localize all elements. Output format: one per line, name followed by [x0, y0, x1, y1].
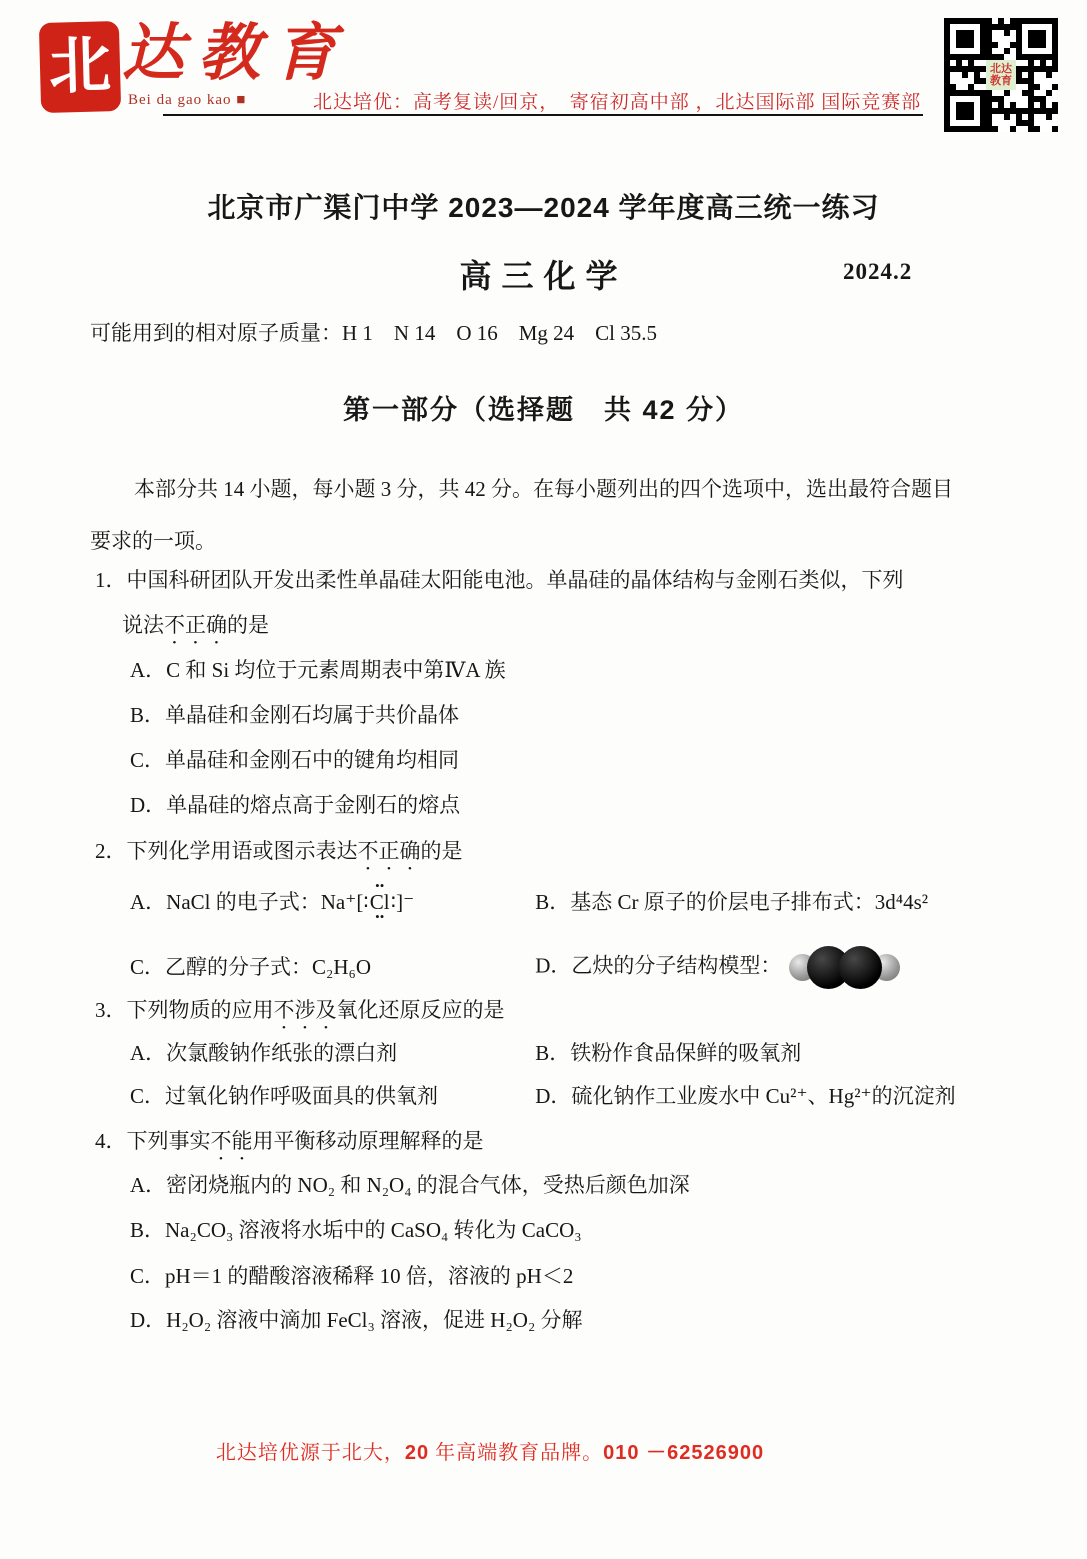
qr-module: [1052, 66, 1058, 72]
lewis-formula-prefix: A．NaCl 的电子式：Na⁺[∶: [130, 890, 369, 914]
qr-module: [992, 42, 998, 48]
question-2-options-row-1: A．NaCl 的电子式：Na⁺[∶••Cl••∶]⁻ B．基态 Cr 原子的价层…: [130, 887, 928, 915]
qr-module: [1046, 90, 1052, 96]
header-divider: [163, 114, 923, 116]
qr-module: [1040, 42, 1046, 48]
atomic-masses-line: 可能用到的相对原子质量：H 1 N 14 O 16 Mg 24 Cl 35.5: [90, 320, 657, 346]
question-3-option-b: B．铁粉作食品保鲜的吸氧剂: [535, 1040, 801, 1066]
question-1-stem-emphasis: 不正确: [164, 613, 227, 637]
question-4-option-b: B．Na₂CO₃ 溶液将水垢中的 CaSO₄ 转化为 CaCO₃: [130, 1217, 582, 1243]
brand-seal-character: 北: [48, 35, 112, 99]
question-1-option-d: D．单晶硅的熔点高于金刚石的熔点: [130, 792, 460, 818]
question-1-option-b: B．单晶硅和金刚石均属于共价晶体: [130, 702, 459, 728]
qr-code-label: 北达 教育: [986, 60, 1016, 90]
question-2-stem-emphasis: 不正确: [358, 839, 421, 863]
question-3-option-a: A．次氯酸钠作纸张的漂白剂: [130, 1040, 530, 1066]
question-2-options-row-2: C．乙醇的分子式：C₂H₆O D．乙炔的分子结构模型：: [130, 946, 900, 989]
qr-module: [1052, 84, 1058, 90]
question-1-option-c: C．单晶硅和金刚石中的键角均相同: [130, 747, 459, 773]
brand-subtitle: Bei da gao kao ■: [128, 92, 246, 109]
qr-module: [962, 72, 968, 78]
question-3-stem-pre: 3．下列物质的应用: [95, 998, 274, 1022]
question-4-stem-emphasis: 不能: [211, 1129, 253, 1153]
question-4-option-d: D．H₂O₂ 溶液中滴加 FeCl₃ 溶液，促进 H₂O₂ 分解: [130, 1307, 583, 1333]
lewis-formula-suffix: ∶]⁻: [391, 890, 415, 914]
exam-paper-page: 北 达教育 Bei da gao kao ■ 北达培优：高考复读/回京， 寄宿初…: [0, 0, 1087, 1559]
qr-module: [1034, 126, 1040, 132]
brand-name-text: 达教育: [122, 20, 350, 88]
question-3-options-row-1: A．次氯酸钠作纸张的漂白剂 B．铁粉作食品保鲜的吸氧剂: [130, 1038, 801, 1066]
qr-module: [1004, 48, 1010, 54]
footer-phone-number: 010 －62526900: [603, 1442, 764, 1464]
question-1-option-a: A．C 和 Si 均位于元素周期表中第ⅣA 族: [130, 657, 506, 683]
footer-text-1: 北达培优源于北大，: [216, 1442, 405, 1464]
lewis-structure: ••Cl••: [369, 889, 391, 915]
section-heading: 第一部分（选择题 共 42 分）: [0, 388, 1087, 427]
qr-code: 北达 教育: [944, 18, 1058, 132]
question-4-stem: 4．下列事实不能用平衡移动原理解释的是: [95, 1128, 484, 1165]
qr-module: [1052, 108, 1058, 114]
question-2-option-d: D．乙炔的分子结构模型：: [535, 946, 900, 989]
question-2-option-c: C．乙醇的分子式：C₂H₆O: [130, 954, 530, 980]
qr-module: [992, 126, 998, 132]
question-4-stem-pre: 4．下列事实: [95, 1129, 211, 1153]
question-2-stem-pre: 2．下列化学用语或图示表达: [95, 839, 358, 863]
question-4-stem-post: 用平衡移动原理解释的是: [253, 1129, 484, 1153]
brand-seal-logo: 北: [41, 23, 119, 111]
qr-module: [1004, 114, 1010, 120]
question-3-options-row-2: C．过氧化钠作呼吸面具的供氧剂 D．硫化钠作工业废水中 Cu²⁺、Hg²⁺的沉淀…: [130, 1081, 956, 1109]
footer-text-2: 年高端教育品牌。: [429, 1442, 603, 1464]
question-2-option-a: A．NaCl 的电子式：Na⁺[∶••Cl••∶]⁻: [130, 889, 530, 915]
qr-module: [1004, 90, 1010, 96]
question-4-option-c: C．pH＝1 的醋酸溶液稀释 10 倍，溶液的 pH＜2: [130, 1263, 573, 1289]
qr-module: [968, 114, 974, 120]
qr-module: [1046, 114, 1052, 120]
footer-contact-line: 北达培优源于北大，20 年高端教育品牌。010 －62526900: [140, 1436, 840, 1465]
exam-subject: 高三化学: [0, 251, 1087, 297]
question-1-stem-post: 的是: [227, 613, 269, 637]
acetylene-model-image: [789, 946, 900, 989]
question-4-option-a: A．密闭烧瓶内的 NO₂ 和 N₂O₄ 的混合气体，受热后颜色加深: [130, 1172, 690, 1198]
question-3-option-c: C．过氧化钠作呼吸面具的供氧剂: [130, 1083, 530, 1109]
lewis-dots-top: ••: [375, 879, 384, 892]
qr-label-line2: 教育: [990, 75, 1012, 87]
question-3-stem-emphasis: 不涉及: [274, 998, 337, 1022]
qr-module: [968, 42, 974, 48]
qr-label-line1: 北达: [990, 63, 1012, 75]
question-3-stem: 3．下列物质的应用不涉及氧化还原反应的是: [95, 997, 505, 1034]
instructions-line-1: 本部分共 14 小题，每小题 3 分，共 42 分。在每小题列出的四个选项中，选…: [90, 476, 953, 502]
question-2-stem: 2．下列化学用语或图示表达不正确的是: [95, 838, 463, 875]
question-1-stem-line-2: 说法不正确的是: [122, 612, 269, 649]
qr-module: [1004, 30, 1010, 36]
question-2-stem-post: 的是: [421, 839, 463, 863]
header-tagline: 北达培优：高考复读/回京， 寄宿初高中部 ，北达国际部 国际竞赛部: [313, 87, 921, 114]
carbon-atom-sphere: [839, 946, 882, 989]
qr-module: [1046, 72, 1052, 78]
qr-module: [1034, 84, 1040, 90]
exam-date: 2024.2: [843, 259, 912, 285]
question-3-stem-post: 氧化还原反应的是: [337, 998, 505, 1022]
qr-module: [1010, 126, 1016, 132]
question-2-option-d-label: D．乙炔的分子结构模型：: [535, 953, 781, 977]
footer-years-number: 20: [405, 1442, 429, 1464]
qr-module: [1052, 126, 1058, 132]
question-3-option-d: D．硫化钠作工业废水中 Cu²⁺、Hg²⁺的沉淀剂: [535, 1083, 955, 1109]
instructions-line-2: 要求的一项。: [90, 528, 216, 554]
exam-title: 北京市广渠门中学 2023—2024 学年度高三统一练习: [0, 186, 1087, 226]
question-2-option-b: B．基态 Cr 原子的价层电子排布式：3d⁴4s²: [535, 889, 928, 915]
lewis-dots-bottom: ••: [375, 910, 384, 923]
question-1-stem-pre: 说法: [122, 613, 164, 637]
question-1-stem-line-1: 1．中国科研团队开发出柔性单晶硅太阳能电池。单晶硅的晶体结构与金刚石类似，下列: [95, 567, 904, 593]
